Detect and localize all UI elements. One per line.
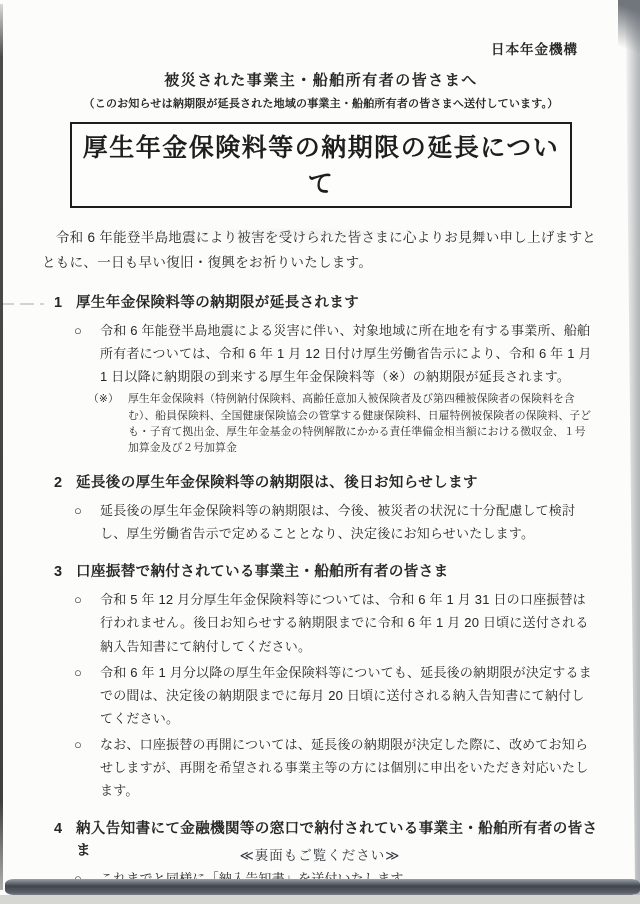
circle-bullet-icon: ○ [74,733,100,802]
section-3: 3 口座振替で納付されている事業主・船舶所有者の皆さま ○ 令和 5 年 12 … [40,562,602,802]
scan-artifact [0,303,44,305]
bullet-item: ○ 令和 6 年 1 月分以降の厚生年金保険料等についても、延長後の納期限が決定… [74,661,602,730]
scan-shadow-bottom [5,879,640,895]
org-name: 日本年金機構 [40,38,602,58]
audience-heading: 被災された事業主・船舶所有者の皆さまへ [40,69,602,90]
section-2: 2 延長後の厚生年金保険料等の納期限は、後日お知らせします ○ 延長後の厚生年金… [40,473,602,545]
section-1: 1 厚生年金保険料等の納期限が延長されます ○ 令和 6 年能登半島地震による災… [40,293,602,456]
document-content: 日本年金機構 被災された事業主・船舶所有者の皆さまへ （このお知らせは納期限が延… [0,0,640,890]
bullet-text: 延長後の厚生年金保険料等の納期限は、今後、被災者の状況に十分配慮して検討し、厚生… [100,499,602,545]
scan-shadow-corner [618,0,640,70]
bullet-text: 令和 5 年 12 月分厚生年金保険料等については、令和 6 年 1 月 31 … [100,588,602,657]
section-number: 1 [54,293,76,314]
scan-smudge [150,228,450,238]
see-reverse-side-note: ≪裏面もご覧ください≫ [0,844,640,864]
bullet-item: ○ 延長後の厚生年金保険料等の納期限は、今後、被災者の状況に十分配慮して検討し、… [74,499,602,545]
circle-bullet-icon: ○ [74,319,100,388]
sections: 1 厚生年金保険料等の納期限が延長されます ○ 令和 6 年能登半島地震による災… [40,293,602,890]
circle-bullet-icon: ○ [74,499,100,545]
distribution-note: （このお知らせは納期限が延長された地域の事業主・船舶所有者の皆さまへ送付していま… [40,95,602,111]
section-heading-text: 口座振替で納付されている事業主・船舶所有者の皆さま [76,562,602,583]
bullet-text: 令和 6 年 1 月分以降の厚生年金保険料等についても、延長後の納期限が決定する… [100,661,602,730]
circle-bullet-icon: ○ [74,661,100,730]
section-1-bullets: ○ 令和 6 年能登半島地震による災害に伴い、対象地域に所在地を有する事業所、船… [40,319,602,388]
scan-background-bottom [0,895,640,904]
section-3-heading: 3 口座振替で納付されている事業主・船舶所有者の皆さま [40,562,602,583]
bullet-item: ○ なお、口座振替の再開については、延長後の納期限が決定した際に、改めてお知らせ… [74,733,602,802]
bullet-item: ○ 令和 5 年 12 月分厚生年金保険料等については、令和 6 年 1 月 3… [74,588,602,657]
section-number: 2 [54,473,76,494]
document-title: 厚生年金保険料等の納期限の延長について [83,134,560,198]
asterisk-note-text: 厚生年金保険料（特例納付保険料、高齢任意加入被保険者及び第四種被保険者の保険料を… [128,391,592,456]
scanned-document-page: 日本年金機構 被災された事業主・船舶所有者の皆さまへ （このお知らせは納期限が延… [0,0,640,904]
bullet-text: なお、口座振替の再開については、延長後の納期限が決定した際に、改めてお知らせしま… [100,733,602,802]
title-box: 厚生年金保険料等の納期限の延長について [70,122,572,208]
section-heading-text: 厚生年金保険料等の納期限が延長されます [76,293,602,314]
bullet-item: ○ 令和 6 年能登半島地震による災害に伴い、対象地域に所在地を有する事業所、船… [74,319,602,388]
asterisk-note-marker: （※） [88,391,128,456]
asterisk-note: （※） 厚生年金保険料（特例納付保険料、高齢任意加入被保険者及び第四種被保険者の… [88,391,592,456]
section-heading-text: 延長後の厚生年金保険料等の納期限は、後日お知らせします [76,473,602,494]
bullet-text: 令和 6 年能登半島地震による災害に伴い、対象地域に所在地を有する事業所、船舶所… [100,319,602,388]
section-number: 3 [54,562,76,583]
section-1-heading: 1 厚生年金保険料等の納期限が延長されます [40,293,602,314]
circle-bullet-icon: ○ [74,588,100,657]
section-2-heading: 2 延長後の厚生年金保険料等の納期限は、後日お知らせします [40,473,602,494]
section-3-bullets: ○ 令和 5 年 12 月分厚生年金保険料等については、令和 6 年 1 月 3… [40,588,602,802]
section-2-bullets: ○ 延長後の厚生年金保険料等の納期限は、今後、被災者の状況に十分配慮して検討し、… [40,499,602,545]
scan-shadow-left [0,4,3,890]
